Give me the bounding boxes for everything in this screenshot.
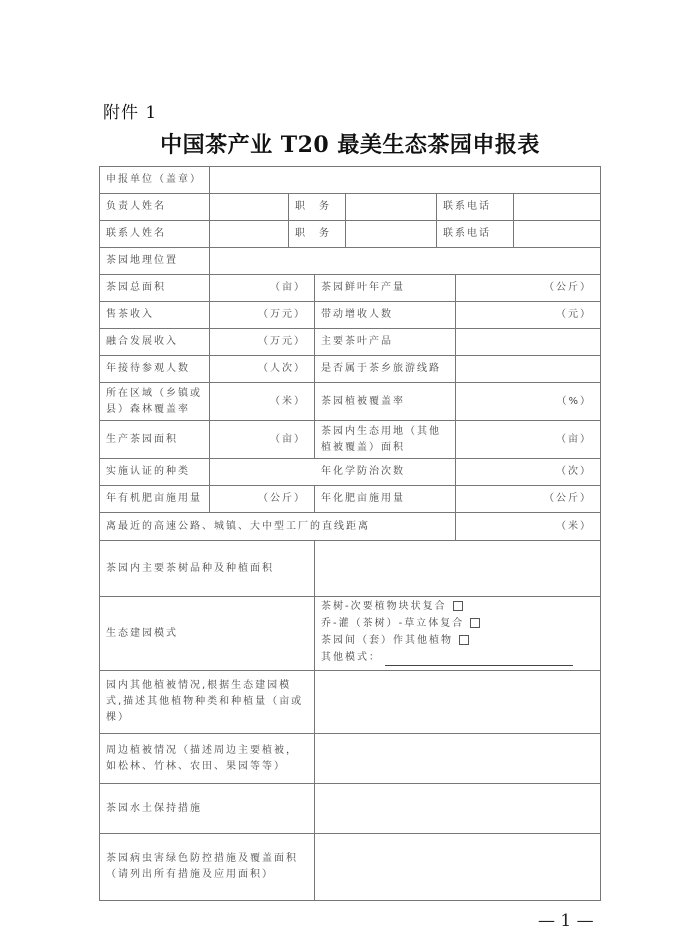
row-label: 茶园内生态用地（其他植被覆盖）面积 bbox=[314, 420, 456, 459]
distance-label: 离最近的高速公路、城镇、大中型工厂的直线距离 bbox=[99, 512, 456, 541]
row-label: 所在区域（乡镇或县）森林覆盖率 bbox=[99, 382, 210, 421]
person-in-charge-label: 负责人姓名 bbox=[99, 193, 210, 221]
row-label: 生产茶园面积 bbox=[99, 420, 210, 459]
surrounding-vegetation-label: 周边植被情况（描述周边主要植被，如松林、竹林、农田、果园等等） bbox=[99, 733, 315, 784]
location-field[interactable] bbox=[209, 247, 601, 275]
row-label: 带动增收人数 bbox=[314, 301, 456, 329]
row-label: 茶园总面积 bbox=[99, 274, 210, 302]
row-input-unit[interactable]: （亩） bbox=[209, 420, 315, 459]
row-input-unit[interactable]: （元） bbox=[455, 301, 601, 329]
certification-type-field[interactable]: 年化学防治次数 bbox=[209, 458, 456, 486]
tea-varieties-label: 茶园内主要茶树品种及种植面积 bbox=[99, 540, 315, 597]
eco-model-label: 生态建园模式 bbox=[99, 596, 315, 671]
row-label: 售茶收入 bbox=[99, 301, 210, 329]
row-label: 年接待参观人数 bbox=[99, 355, 210, 383]
position-field[interactable] bbox=[345, 193, 437, 221]
pest-control-field[interactable] bbox=[314, 833, 601, 901]
row-input-unit[interactable]: （米） bbox=[209, 382, 315, 421]
location-label: 茶园地理位置 bbox=[99, 247, 210, 275]
position-label: 职 务 bbox=[288, 193, 346, 221]
row-input-unit[interactable]: （万元） bbox=[209, 328, 315, 356]
row-label: 融合发展收入 bbox=[99, 328, 210, 356]
row-input-unit[interactable]: （次） bbox=[455, 458, 601, 486]
row-input-unit[interactable]: （亩） bbox=[209, 274, 315, 302]
eco-option-3[interactable]: 茶园间（套）作其他植物 bbox=[321, 633, 573, 649]
applicant-unit-field[interactable] bbox=[209, 166, 601, 194]
checkbox-icon[interactable] bbox=[453, 601, 463, 611]
contact-person-label: 联系人姓名 bbox=[99, 220, 210, 248]
other-vegetation-field[interactable] bbox=[314, 670, 601, 734]
eco-option-other: 其他模式： bbox=[321, 650, 573, 666]
row-label: 主要茶叶产品 bbox=[314, 328, 456, 356]
phone-label: 联系电话 bbox=[436, 193, 514, 221]
row-label: 年化肥亩施用量 bbox=[314, 485, 456, 513]
contact-person-field[interactable] bbox=[209, 220, 289, 248]
row-label: 茶园植被覆盖率 bbox=[314, 382, 456, 421]
row-label: 年化学防治次数 bbox=[321, 464, 405, 480]
phone-field[interactable] bbox=[513, 193, 601, 221]
row-input-unit[interactable] bbox=[455, 355, 601, 383]
contact-phone-label: 联系电话 bbox=[436, 220, 514, 248]
contact-position-label: 职 务 bbox=[288, 220, 346, 248]
eco-option-2[interactable]: 乔-灌（茶树）-草立体复合 bbox=[321, 616, 573, 632]
row-input-unit[interactable]: （公斤） bbox=[455, 274, 601, 302]
row-label: 实施认证的种类 bbox=[99, 458, 210, 486]
eco-option-1[interactable]: 茶树-次要植物块状复合 bbox=[321, 599, 573, 615]
row-input-unit[interactable]: （人次） bbox=[209, 355, 315, 383]
row-input-unit[interactable]: （公斤） bbox=[455, 485, 601, 513]
distance-field[interactable]: （米） bbox=[455, 512, 601, 541]
checkbox-icon[interactable] bbox=[470, 618, 480, 628]
checkbox-icon[interactable] bbox=[459, 635, 469, 645]
tea-varieties-field[interactable] bbox=[314, 540, 601, 597]
eco-model-options: 茶树-次要植物块状复合 乔-灌（茶树）-草立体复合 茶园间（套）作其他植物 其他… bbox=[314, 596, 601, 671]
row-input-unit[interactable]: （万元） bbox=[209, 301, 315, 329]
contact-phone-field[interactable] bbox=[513, 220, 601, 248]
contact-position-field[interactable] bbox=[345, 220, 437, 248]
row-input-unit[interactable]: （%） bbox=[455, 382, 601, 421]
application-form-table: 申报单位（盖章） 负责人姓名 职 务 联系电话 联系人姓名 职 务 联系电话 茶… bbox=[99, 166, 601, 901]
applicant-unit-label: 申报单位（盖章） bbox=[99, 166, 210, 194]
attachment-label: 附件 1 bbox=[103, 98, 157, 123]
surrounding-vegetation-field[interactable] bbox=[314, 733, 601, 784]
page-title: 中国茶产业 T20 最美生态茶园申报表 bbox=[0, 128, 700, 159]
page-number: — 1 — bbox=[538, 911, 594, 931]
row-input-unit[interactable]: （公斤） bbox=[209, 485, 315, 513]
person-in-charge-field[interactable] bbox=[209, 193, 289, 221]
row-label: 是否属于茶乡旅游线路 bbox=[314, 355, 456, 383]
row-label: 年有机肥亩施用量 bbox=[99, 485, 210, 513]
row-input-unit[interactable] bbox=[455, 328, 601, 356]
soil-water-label: 茶园水土保持措施 bbox=[99, 783, 315, 834]
row-input-unit[interactable]: （亩） bbox=[455, 420, 601, 459]
soil-water-field[interactable] bbox=[314, 783, 601, 834]
row-label: 茶园鲜叶年产量 bbox=[314, 274, 456, 302]
pest-control-label: 茶园病虫害绿色防控措施及覆盖面积（请列出所有措施及应用面积） bbox=[99, 833, 315, 901]
other-vegetation-label: 园内其他植被情况,根据生态建园模式,描述其他植物种类和种植量（亩或棵） bbox=[99, 670, 315, 734]
other-model-input[interactable] bbox=[385, 655, 573, 666]
